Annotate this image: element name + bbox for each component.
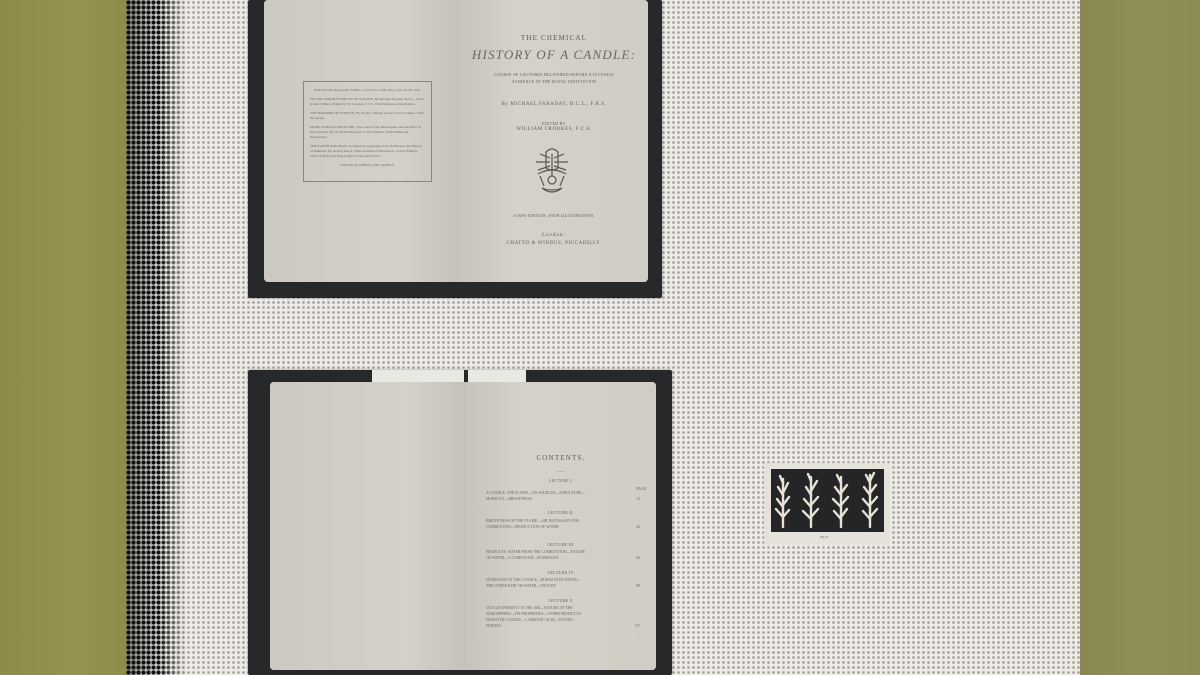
toc-entry: OXYGEN PRESENT IN THE AIR—NATURE OF THE … <box>486 605 640 629</box>
toc-line: MOBILITY—BRIGHTNESS <box>486 496 640 502</box>
subtitle-line-2: AUDIENCE AT THE ROYAL INSTITUTION <box>460 79 648 84</box>
edition-line: A NEW EDITION, WITH ILLUSTRATIONS. <box>460 213 648 218</box>
toc-line: COMBUSTION—PRODUCTION OF WATER <box>486 524 640 530</box>
ad-item: ON THE VARIOUS FORCES OF NATURE. By Mich… <box>310 97 425 107</box>
lecture-label: LECTURE III. <box>466 542 656 547</box>
toc-page-number: 40 <box>636 524 640 530</box>
ornament-rule: —— <box>466 468 656 473</box>
toc-page-number: 117 <box>634 623 640 629</box>
toc-line: OF WATER—A COMPOUND—HYDROGEN <box>486 555 640 561</box>
top-book-spread: Uniform with the present Volume, crown 8… <box>264 0 648 282</box>
toc-entry: PRODUCTS: WATER FROM THE COMBUSTION—NATU… <box>486 549 640 561</box>
bottom-book-spread: CONTENTS. —— PAGE LECTURE I. A CANDLE: T… <box>270 382 656 670</box>
contents-heading: CONTENTS. <box>466 454 656 462</box>
ad-item: THE EARTH AND MAN: or, Physical Geograph… <box>310 144 425 159</box>
title-overline: THE CHEMICAL <box>460 34 648 42</box>
toc-entry: HYDROGEN IN THE CANDLE—BURNS INTO WATER—… <box>486 577 640 589</box>
wall-right <box>1080 0 1200 675</box>
toc-page-number: 66 <box>636 555 640 561</box>
plate-caption: Fig. 8 <box>820 535 828 539</box>
author-line: By MICHAEL FARADAY, D.C.L., F.R.S. <box>460 102 648 107</box>
editor-name: WILLIAM CROOKES, F.C.S. <box>460 127 648 132</box>
ad-item: MORE WORLDS THAN ONE: The Creed of the P… <box>310 125 425 140</box>
bottom-left-page <box>270 382 466 670</box>
ad-footer: CHATTO & WINDUS, PICCADILLY. <box>310 163 425 168</box>
publisher-emblem-icon <box>530 146 574 198</box>
toc-entry: BRIGHTNESS OF THE FLAME—AIR NECESSARY FO… <box>486 518 640 530</box>
toc-line: PERTIES <box>486 623 640 629</box>
ad-header: Uniform with the present Volume, crown 8… <box>310 88 425 93</box>
lecture-label: LECTURE I. <box>466 478 656 483</box>
lecture-label: LECTURE II. <box>466 510 656 515</box>
lecture-label: LECTURE IV. <box>466 570 656 575</box>
edited-by-label: EDITED BY <box>460 121 648 126</box>
lecture-label: LECTURE V. <box>466 598 656 603</box>
top-left-page: Uniform with the present Volume, crown 8… <box>264 0 460 282</box>
plate-illustration <box>771 469 884 532</box>
toc-entry: A CANDLE: THE FLAME—ITS SOURCES—STRUCTUR… <box>486 490 640 502</box>
wall-left <box>0 0 126 675</box>
book-title: HISTORY OF A CANDLE: <box>460 47 648 63</box>
ad-item: THE BOUDOIR OF SCIENCE. By the Rev. Bari… <box>310 111 425 121</box>
halftone-shadow <box>126 0 186 675</box>
place-line: London: <box>460 233 648 238</box>
subtitle-line-1: COURSE OF LECTURES DELIVERED BEFORE A JU… <box>460 72 648 77</box>
advertisement-box: Uniform with the present Volume, crown 8… <box>303 81 432 182</box>
toc-page-number: 13 <box>636 496 640 502</box>
toc-line: THE OTHER PART OF WATER—OXYGEN <box>486 583 640 589</box>
wheat-sprigs-icon <box>771 469 884 532</box>
title-page: THE CHEMICAL HISTORY OF A CANDLE: COURSE… <box>460 0 648 282</box>
contents-page: CONTENTS. —— PAGE LECTURE I. A CANDLE: T… <box>466 382 656 670</box>
publisher-line: CHATTO & WINDUS, PICCADILLY. <box>460 241 648 246</box>
toc-page-number: 88 <box>636 583 640 589</box>
